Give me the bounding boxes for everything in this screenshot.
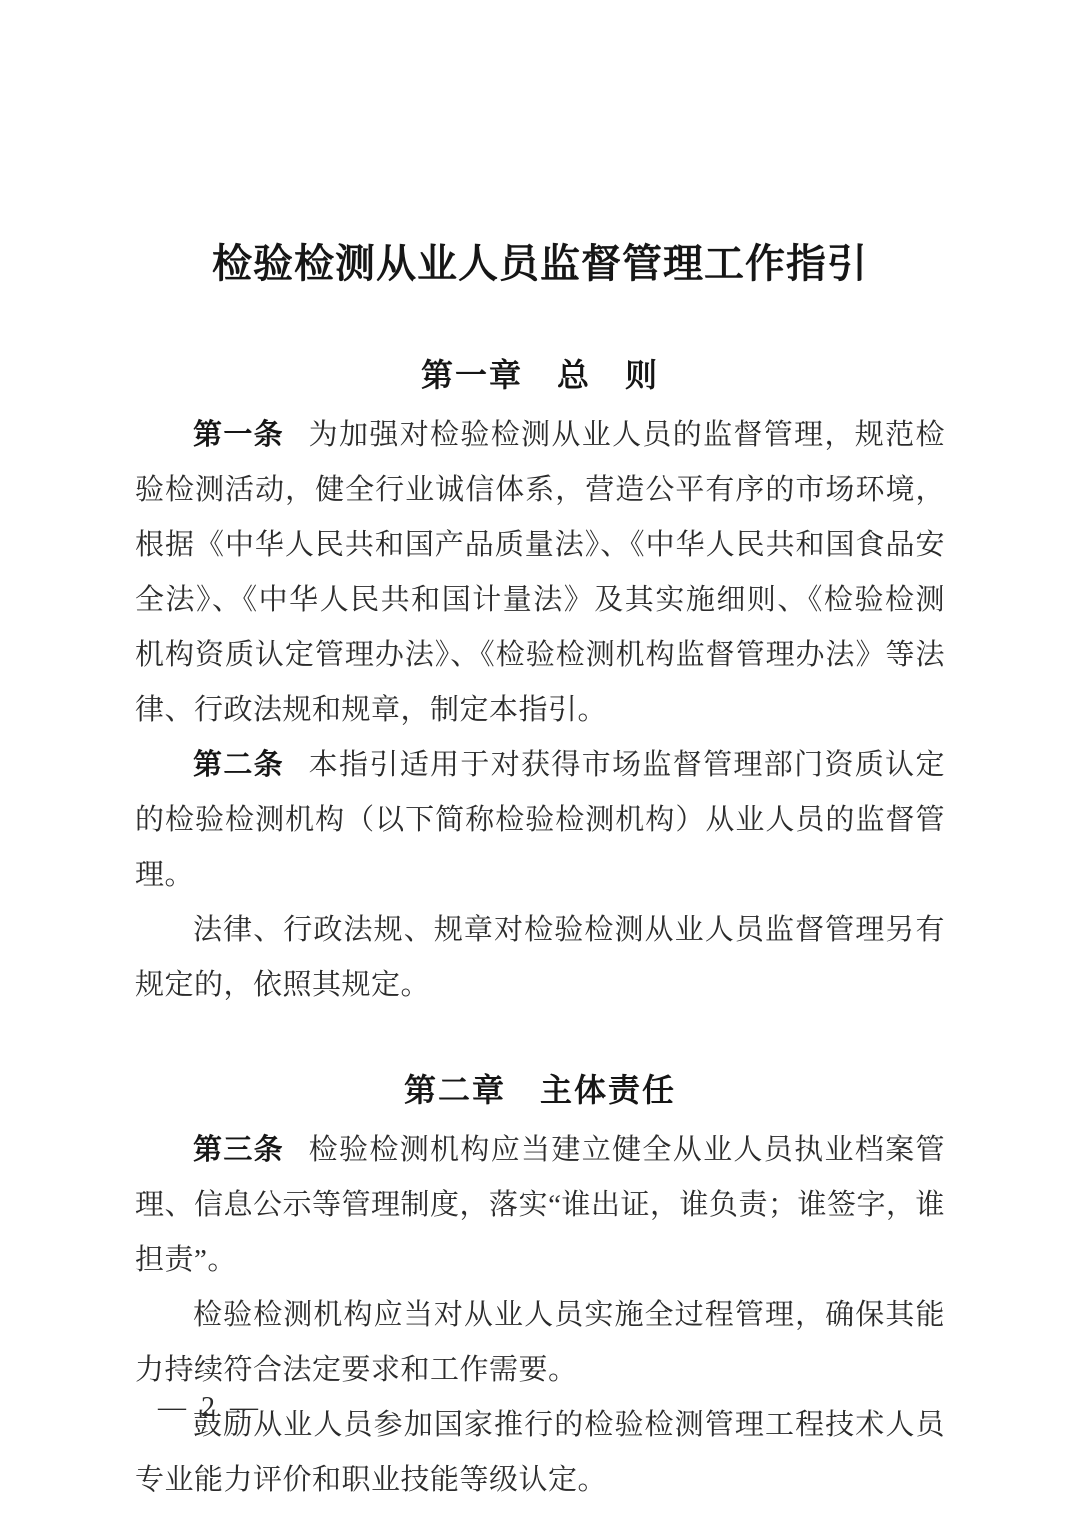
article-3-paragraph: 第三条检验检测机构应当建立健全从业人员执业档案管理、信息公示等管理制度，落实“谁… [135, 1123, 945, 1288]
article-2-label: 第二条 [193, 749, 284, 781]
document-content: 检验检测从业人员监督管理工作指引 第一章 总 则 第一条为加强对检验检测从业人员… [0, 0, 1080, 1508]
article-2-extra-paragraph: 法律、行政法规、规章对检验检测从业人员监督管理另有规定的，依照其规定。 [135, 903, 945, 1013]
chapter-1-heading: 第一章 总 则 [135, 354, 945, 396]
article-2-paragraph: 第二条本指引适用于对获得市场监督管理部门资质认定的检验检测机构（以下简称检验检测… [135, 738, 945, 903]
chapter-2-heading: 第二章 主体责任 [135, 1069, 945, 1111]
article-1-paragraph: 第一条为加强对检验检测从业人员的监督管理，规范检验检测活动，健全行业诚信体系，营… [135, 408, 945, 738]
article-1-text: 为加强对检验检测从业人员的监督管理，规范检验检测活动，健全行业诚信体系，营造公平… [135, 419, 945, 726]
article-3-extra-paragraph-1: 检验检测机构应当对从业人员实施全过程管理，确保其能力持续符合法定要求和工作需要。 [135, 1288, 945, 1398]
document-page: 检验检测从业人员监督管理工作指引 第一章 总 则 第一条为加强对检验检测从业人员… [0, 0, 1080, 1527]
article-3-extra-text-1: 检验检测机构应当对从业人员实施全过程管理，确保其能力持续符合法定要求和工作需要。 [135, 1299, 945, 1386]
document-title: 检验检测从业人员监督管理工作指引 [135, 0, 945, 292]
article-2-extra-text: 法律、行政法规、规章对检验检测从业人员监督管理另有规定的，依照其规定。 [135, 914, 945, 1001]
article-1-label: 第一条 [193, 419, 284, 451]
article-3-label: 第三条 [193, 1134, 284, 1166]
page-number: — 2 — [158, 1392, 262, 1424]
